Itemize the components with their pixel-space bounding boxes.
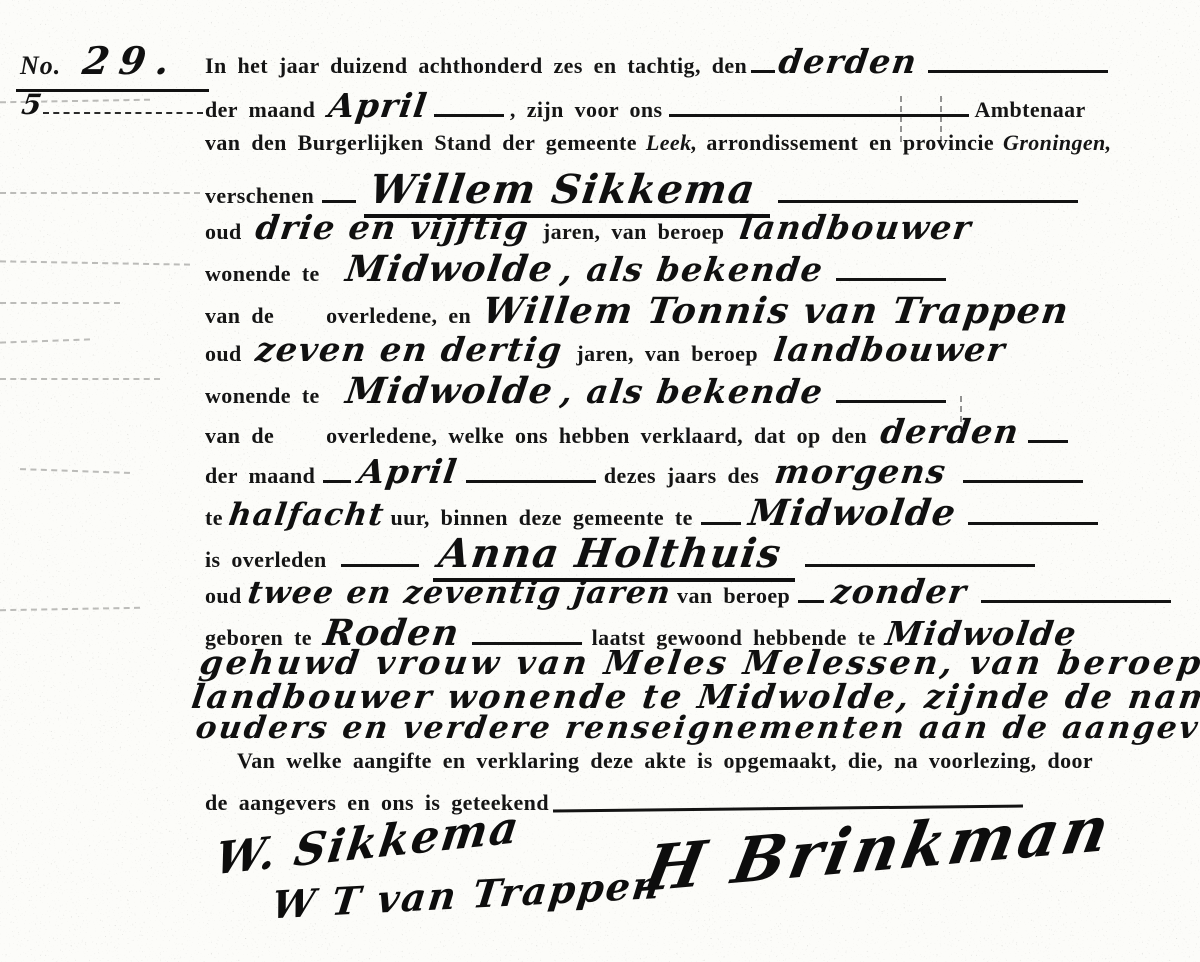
form-line-closing-1: Van welke aangifte en verklaring deze ak…	[237, 748, 1093, 774]
form-line-year: In het jaar duizend achthonderd zes en t…	[205, 42, 1108, 81]
handwritten-name: Willem Sikkema	[367, 166, 759, 213]
handwritten-day: derden	[776, 42, 920, 81]
handwritten-text: ouders en verdere renseignementen aan de…	[193, 710, 1200, 746]
scan-streak	[0, 338, 90, 343]
form-line-death-hour: te halfacht uur, binnen deze gemeente te…	[205, 492, 1098, 534]
handwritten-name: Anna Holthuis	[435, 530, 784, 577]
form-line-declarant-1-age: oud drie en vijftig jaren, van beroep la…	[205, 208, 972, 247]
rule-line	[466, 480, 596, 483]
handwritten-hour: halfacht	[226, 497, 387, 533]
rule-line	[928, 70, 1108, 73]
form-line-declarant-1-residence: wonende te Midwolde , als bekende	[205, 248, 946, 290]
scan-streak	[0, 378, 160, 380]
printed-text: overledene, en	[326, 303, 471, 329]
scan-streak	[0, 192, 200, 194]
handwritten-residence: Midwolde	[343, 370, 556, 412]
province-name: Groningen,	[1003, 130, 1112, 156]
printed-text: wonende te	[205, 383, 320, 409]
act-number: No. 29.	[16, 38, 209, 92]
handwritten-month: April	[357, 452, 461, 491]
rule-line	[836, 400, 946, 403]
act-number-block: No. 29.	[16, 38, 209, 92]
form-line-declarant-2: van de overledene, en Willem Tonnis van …	[205, 290, 1069, 332]
printed-text: oud	[205, 219, 242, 245]
rule-line	[701, 522, 741, 525]
rule-line	[322, 200, 356, 203]
rule-line	[323, 480, 351, 483]
printed-text: van den Burgerlijken Stand der gemeente	[205, 130, 637, 156]
printed-text: , zijn voor ons	[510, 97, 663, 123]
rule-line	[751, 70, 775, 73]
handwritten-death-day: derden	[878, 412, 1022, 451]
scan-streak	[20, 468, 130, 474]
printed-text: Ambtenaar	[975, 97, 1086, 123]
form-line-declaration: van de overledene, welke ons hebben verk…	[205, 412, 1068, 451]
act-number-label: No.	[20, 51, 61, 81]
printed-text: verschenen	[205, 183, 314, 209]
printed-text: Van welke aangifte en verklaring deze ak…	[237, 748, 1093, 774]
rule-line	[981, 600, 1171, 603]
death-certificate-scan: No. 29. 5 In het jaar duizend achthonder…	[0, 0, 1200, 962]
printed-text: wonende te	[205, 261, 320, 287]
handwritten-clause-line-3: ouders en verdere renseignementen aan de…	[196, 710, 1200, 746]
printed-text: van de	[205, 423, 274, 449]
printed-text: arrondissement en provincie	[706, 130, 994, 156]
handwritten-daypart: morgens	[772, 452, 949, 491]
form-line-month: der maand April , zijn voor ons Ambtenaa…	[205, 86, 1086, 125]
rule-line	[798, 600, 824, 603]
rule-line	[778, 200, 1078, 203]
margin-mark: 5	[20, 88, 46, 121]
handwritten-age: twee en zeventig jaren	[245, 575, 673, 611]
printed-text: uur, binnen deze gemeente te	[390, 505, 692, 531]
printed-text: van de	[205, 303, 274, 329]
form-line-deceased-age: oud twee en zeventig jaren van beroep zo…	[205, 572, 1171, 611]
rule-line	[805, 564, 1035, 567]
printed-text: oud	[205, 341, 242, 367]
municipality-name: Leek,	[646, 130, 697, 156]
margin-dash-row: 5	[22, 88, 203, 121]
handwritten-month: April	[327, 86, 431, 125]
handwritten-occupation: landbouwer	[771, 330, 1008, 369]
rule-line	[669, 114, 969, 117]
scan-streak	[0, 260, 190, 265]
printed-text: der maand	[205, 463, 315, 489]
rule-line	[43, 112, 203, 114]
printed-text: te	[205, 505, 223, 531]
printed-text: der maand	[205, 97, 315, 123]
rule-line	[1028, 440, 1068, 443]
printed-text: In het jaar duizend achthonderd zes en t…	[205, 53, 747, 79]
handwritten-relation: , als bekende	[558, 250, 826, 289]
handwritten-residence: Midwolde	[343, 248, 556, 290]
rule-line	[341, 564, 419, 567]
scan-streak	[0, 607, 140, 611]
scan-streak	[0, 302, 120, 304]
rule-line	[434, 114, 504, 117]
handwritten-age: drie en vijftig	[253, 208, 532, 247]
rule-line	[963, 480, 1083, 483]
form-line-death-month: der maand April dezes jaars des morgens	[205, 452, 1083, 491]
printed-text: is overleden	[205, 547, 327, 573]
handwritten-name: Willem Tonnis van Trappen	[480, 290, 1072, 332]
printed-text: van beroep	[677, 583, 790, 609]
form-line-municipality: van den Burgerlijken Stand der gemeente …	[205, 130, 1112, 156]
handwritten-relation: , als bekende	[558, 372, 826, 411]
handwritten-age: zeven en dertig	[253, 330, 565, 369]
act-number-value: 29.	[80, 38, 182, 83]
rule-line	[968, 522, 1098, 525]
printed-text: jaren, van beroep	[543, 219, 725, 245]
form-line-declarant-2-age: oud zeven en dertig jaren, van beroep la…	[205, 330, 1006, 369]
form-line-declarant-2-residence: wonende te Midwolde , als bekende	[205, 370, 946, 412]
printed-text: oud	[205, 583, 242, 609]
rule-line	[836, 278, 946, 281]
handwritten-death-place: Midwolde	[746, 492, 959, 534]
handwritten-occupation: landbouwer	[738, 208, 975, 247]
printed-text: jaren, van beroep	[576, 341, 758, 367]
handwritten-occupation: zonder	[829, 572, 970, 611]
printed-text: overledene, welke ons hebben verklaard, …	[326, 423, 867, 449]
printed-text: dezes jaars des	[604, 463, 759, 489]
